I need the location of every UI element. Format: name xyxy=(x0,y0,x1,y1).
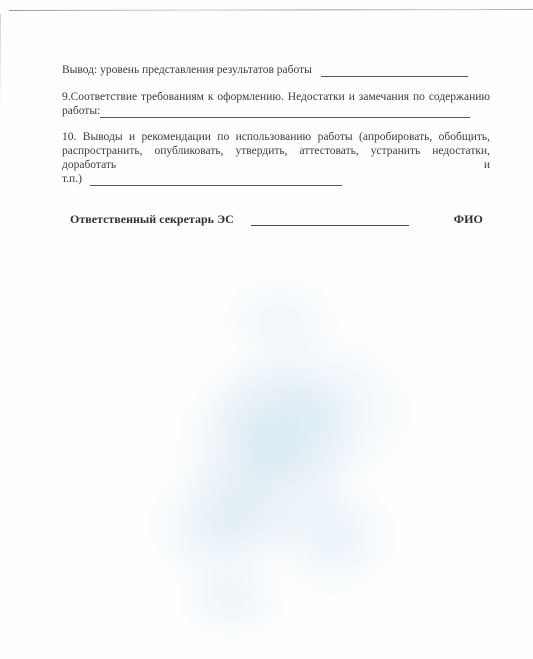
conclusion-text: Вывод: уровень представления результатов… xyxy=(62,63,312,77)
signature-name-placeholder: ФИО xyxy=(454,212,483,226)
item10-paragraph: 10. Выводы и рекомендации по использован… xyxy=(62,130,490,186)
item9-line1: 9.Соответствие требованиям к оформлению.… xyxy=(62,90,490,104)
item10-line3: т.п.) xyxy=(62,172,490,186)
signature-role-text: Ответственный секретарь ЭС xyxy=(70,212,234,226)
conclusion-blank-line xyxy=(321,64,468,77)
item9-paragraph: 9.Соответствие требованиям к оформлению.… xyxy=(62,90,490,118)
scan-artifact-top-line xyxy=(9,9,533,11)
scan-artifact-left-line xyxy=(0,14,1,106)
signature-blank-line xyxy=(251,213,409,226)
item10-label: т.п.) xyxy=(62,172,82,186)
item10-line2: распространить, опубликовать, утвердить,… xyxy=(62,144,490,172)
item9-label: работы: xyxy=(62,104,100,118)
scanned-document-page: Вывод: уровень представления результатов… xyxy=(0,0,533,659)
item9-blank-line xyxy=(100,105,470,118)
item10-blank-line xyxy=(90,173,342,186)
document-text-block: Вывод: уровень представления результатов… xyxy=(62,63,490,226)
item9-line2: работы: xyxy=(62,104,490,118)
item10-line1: 10. Выводы и рекомендации по использован… xyxy=(62,130,490,144)
conclusion-line: Вывод: уровень представления результатов… xyxy=(62,63,490,77)
signature-line: Ответственный секретарь ЭС ФИО xyxy=(62,212,490,226)
stamp-watermark xyxy=(78,238,482,650)
